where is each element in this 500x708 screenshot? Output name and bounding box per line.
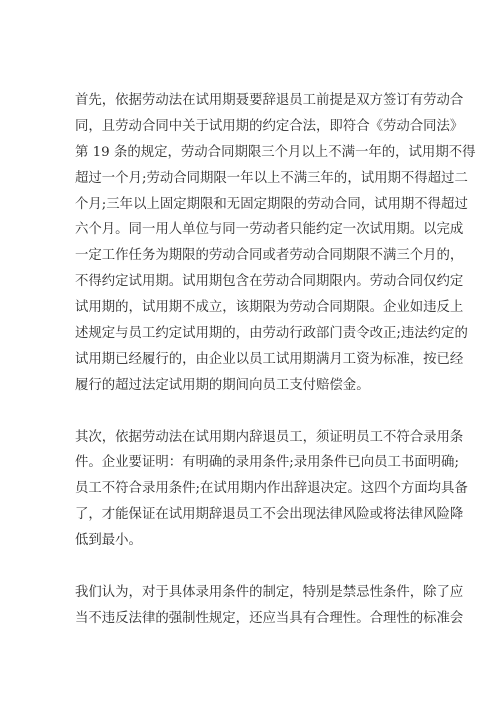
text-line: 第 19 条的规定，劳动合同期限三个月以上不满一年的，试用期不得 [75,140,425,166]
paragraph-hiring-criteria: 我们认为，对于具体录用条件的制定，特别是禁忌性条件，除了应 当不违反法律的强制性… [75,580,425,632]
paragraph-dismissal-conditions: 其次，依据劳动法在试用期内辞退员工，须证明员工不符合录用条 件。企业要证明：有明… [75,425,425,554]
text-line: 述规定与员工约定试用期的，由劳动行政部门责令改正;违法约定的 [75,321,425,347]
text-line: 试用期的，试用期不成立，该期限为劳动合同期限。企业如违反上 [75,295,425,321]
document-body: 首先，依据劳动法在试用期聂要辞退员工前提是双方签订有劳动合 同，且劳动合同中关于… [75,88,425,658]
text-line: 履行的超过法定试用期的期间向员工支付赔偿金。 [75,373,425,399]
text-line: 超过一个月;劳动合同期限一年以上不满三年的，试用期不得超过二 [75,166,425,192]
text-line: 当不违反法律的强制性规定，还应当具有合理性。合理性的标准会 [75,606,425,632]
text-line: 个月;三年以上固定期限和无固定期限的劳动合同，试用期不得超过 [75,192,425,218]
text-line: 一定工作任务为期限的劳动合同或者劳动合同期限不满三个月的， [75,243,425,269]
text-line: 低到最小。 [75,528,425,554]
text-line: 件。企业要证明：有明确的录用条件;录用条件已向员工书面明确; [75,450,425,476]
text-line: 六个月。同一用人单位与同一劳动者只能约定一次试用期。以完成 [75,217,425,243]
text-line: 员工不符合录用条件;在试用期内作出辞退决定。这四个方面均具备 [75,476,425,502]
text-line: 我们认为，对于具体录用条件的制定，特别是禁忌性条件，除了应 [75,580,425,606]
text-line: 其次，依据劳动法在试用期内辞退员工，须证明员工不符合录用条 [75,425,425,451]
text-line: 不得约定试用期。试用期包含在劳动合同期限内。劳动合同仅约定 [75,269,425,295]
document-page: 首先，依据劳动法在试用期聂要辞退员工前提是双方签订有劳动合 同，且劳动合同中关于… [0,0,500,708]
text-line: 首先，依据劳动法在试用期聂要辞退员工前提是双方签订有劳动合 [75,88,425,114]
text-line: 了，才能保证在试用期辞退员工不会出现法律风险或将法律风险降 [75,502,425,528]
text-line: 同，且劳动合同中关于试用期的约定合法，即符合《劳动合同法》 [75,114,425,140]
text-line: 试用期已经履行的，由企业以员工试用期满月工资为标准，按已经 [75,347,425,373]
paragraph-probation-legality: 首先，依据劳动法在试用期聂要辞退员工前提是双方签订有劳动合 同，且劳动合同中关于… [75,88,425,399]
